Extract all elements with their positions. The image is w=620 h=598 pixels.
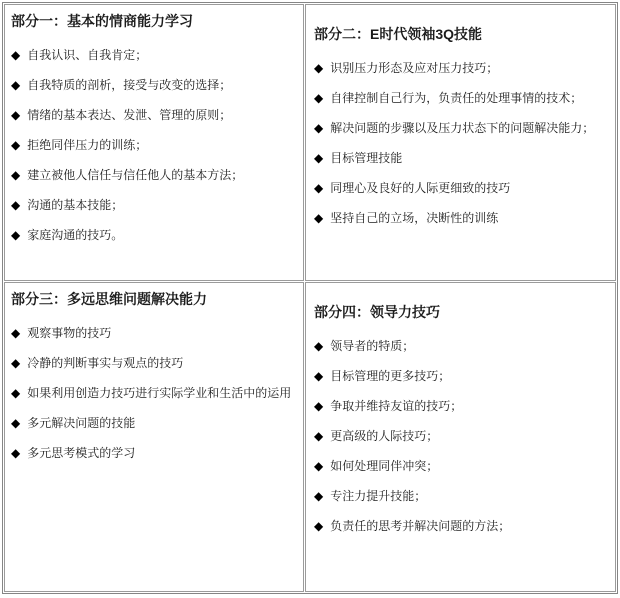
list-item: ◆观察事物的技巧: [11, 318, 293, 348]
cell-part3: 部分三：多远思维问题解决能力 ◆观察事物的技巧◆冷静的判断事实与观点的技巧◆如果…: [4, 282, 304, 592]
section-items-part3: ◆观察事物的技巧◆冷静的判断事实与观点的技巧◆如果利用创造力技巧进行实际学业和生…: [11, 318, 293, 468]
bullet-diamond-icon: ◆: [11, 198, 20, 212]
list-item: ◆争取并维持友谊的技巧；: [314, 391, 611, 421]
list-item-text: 解决问题的步骤以及压力状态下的问题解决能力；: [330, 121, 594, 135]
bullet-diamond-icon: ◆: [11, 446, 20, 460]
list-item: ◆情绪的基本表达、发泄、管理的原则；: [11, 100, 293, 130]
list-item-text: 目标管理技能: [330, 151, 402, 165]
list-item: ◆坚持自己的立场，决断性的训练: [314, 203, 611, 233]
section-title-part4: 部分四：领导力技巧: [314, 301, 611, 323]
section-items-part2: ◆识别压力形态及应对压力技巧；◆自律控制自己行为，负责任的处理事情的技术；◆解决…: [314, 53, 611, 233]
list-item-text: 识别压力形态及应对压力技巧；: [330, 61, 498, 75]
list-item: ◆家庭沟通的技巧。: [11, 220, 293, 250]
list-item: ◆自我特质的剖析，接受与改变的选择；: [11, 70, 293, 100]
list-item-text: 坚持自己的立场，决断性的训练: [330, 211, 498, 225]
list-item-text: 情绪的基本表达、发泄、管理的原则；: [27, 108, 231, 122]
list-item-text: 目标管理的更多技巧；: [330, 369, 450, 383]
page-canvas: 部分一：基本的情商能力学习 ◆自我认识、自我肯定；◆自我特质的剖析，接受与改变的…: [0, 0, 620, 598]
bullet-diamond-icon: ◆: [314, 459, 323, 473]
bullet-diamond-icon: ◆: [11, 48, 20, 62]
bullet-diamond-icon: ◆: [11, 228, 20, 242]
list-item: ◆更高级的人际技巧；: [314, 421, 611, 451]
bullet-diamond-icon: ◆: [314, 519, 323, 533]
section-title-part1: 部分一：基本的情商能力学习: [11, 10, 293, 32]
list-item-text: 多元解决问题的技能: [27, 416, 135, 430]
list-item-text: 建立被他人信任与信任他人的基本方法；: [27, 168, 243, 182]
bullet-diamond-icon: ◆: [314, 181, 323, 195]
list-item-text: 家庭沟通的技巧。: [27, 228, 123, 242]
list-item-text: 同理心及良好的人际更细致的技巧: [330, 181, 510, 195]
list-item-text: 自我认识、自我肯定；: [27, 48, 147, 62]
bullet-diamond-icon: ◆: [11, 356, 20, 370]
bullet-diamond-icon: ◆: [314, 211, 323, 225]
table-row: 部分一：基本的情商能力学习 ◆自我认识、自我肯定；◆自我特质的剖析，接受与改变的…: [4, 4, 616, 281]
list-item: ◆专注力提升技能；: [314, 481, 611, 511]
list-item-text: 争取并维持友谊的技巧；: [330, 399, 462, 413]
list-item-text: 多元思考模式的学习: [27, 446, 135, 460]
section-items-part1: ◆自我认识、自我肯定；◆自我特质的剖析，接受与改变的选择；◆情绪的基本表达、发泄…: [11, 40, 293, 250]
bullet-diamond-icon: ◆: [314, 339, 323, 353]
list-item-text: 观察事物的技巧: [27, 326, 111, 340]
list-item-text: 沟通的基本技能；: [27, 198, 123, 212]
bullet-diamond-icon: ◆: [314, 429, 323, 443]
list-item: ◆自我认识、自我肯定；: [11, 40, 293, 70]
course-sections-table: 部分一：基本的情商能力学习 ◆自我认识、自我肯定；◆自我特质的剖析，接受与改变的…: [2, 2, 618, 594]
list-item-text: 冷静的判断事实与观点的技巧: [27, 356, 183, 370]
list-item: ◆拒绝同伴压力的训练；: [11, 130, 293, 160]
section-title-part2: 部分二：E时代领袖3Q技能: [314, 23, 611, 45]
list-item: ◆目标管理技能: [314, 143, 611, 173]
bullet-diamond-icon: ◆: [314, 399, 323, 413]
list-item: ◆多元解决问题的技能: [11, 408, 293, 438]
list-item-text: 如何处理同伴冲突；: [330, 459, 438, 473]
list-item: ◆负责任的思考并解决问题的方法；: [314, 511, 611, 541]
list-item-text: 更高级的人际技巧；: [330, 429, 438, 443]
list-item: ◆目标管理的更多技巧；: [314, 361, 611, 391]
list-item: ◆多元思考模式的学习: [11, 438, 293, 468]
bullet-diamond-icon: ◆: [314, 61, 323, 75]
list-item-text: 专注力提升技能；: [330, 489, 426, 503]
bullet-diamond-icon: ◆: [314, 151, 323, 165]
list-item-text: 负责任的思考并解决问题的方法；: [330, 519, 510, 533]
cell-part2: 部分二：E时代领袖3Q技能 ◆识别压力形态及应对压力技巧；◆自律控制自己行为，负…: [305, 4, 616, 281]
bullet-diamond-icon: ◆: [11, 108, 20, 122]
section-items-part4: ◆领导者的特质；◆目标管理的更多技巧；◆争取并维持友谊的技巧；◆更高级的人际技巧…: [314, 331, 611, 541]
bullet-diamond-icon: ◆: [11, 416, 20, 430]
list-item: ◆解决问题的步骤以及压力状态下的问题解决能力；: [314, 113, 611, 143]
list-item: ◆领导者的特质；: [314, 331, 611, 361]
list-item-text: 领导者的特质；: [330, 339, 414, 353]
list-item-text: 如果利用创造力技巧进行实际学业和生活中的运用: [27, 386, 291, 400]
list-item: ◆建立被他人信任与信任他人的基本方法；: [11, 160, 293, 190]
bullet-diamond-icon: ◆: [314, 369, 323, 383]
list-item-text: 自律控制自己行为，负责任的处理事情的技术；: [330, 91, 582, 105]
list-item: ◆沟通的基本技能；: [11, 190, 293, 220]
bullet-diamond-icon: ◆: [11, 138, 20, 152]
list-item: ◆识别压力形态及应对压力技巧；: [314, 53, 611, 83]
list-item-text: 自我特质的剖析，接受与改变的选择；: [27, 78, 231, 92]
bullet-diamond-icon: ◆: [11, 78, 20, 92]
cell-part1: 部分一：基本的情商能力学习 ◆自我认识、自我肯定；◆自我特质的剖析，接受与改变的…: [4, 4, 304, 281]
section-title-part3: 部分三：多远思维问题解决能力: [11, 288, 293, 310]
bullet-diamond-icon: ◆: [11, 168, 20, 182]
bullet-diamond-icon: ◆: [11, 326, 20, 340]
cell-part4: 部分四：领导力技巧 ◆领导者的特质；◆目标管理的更多技巧；◆争取并维持友谊的技巧…: [305, 282, 616, 592]
bullet-diamond-icon: ◆: [314, 121, 323, 135]
bullet-diamond-icon: ◆: [11, 386, 20, 400]
table-row: 部分三：多远思维问题解决能力 ◆观察事物的技巧◆冷静的判断事实与观点的技巧◆如果…: [4, 282, 616, 592]
list-item: ◆冷静的判断事实与观点的技巧: [11, 348, 293, 378]
list-item-text: 拒绝同伴压力的训练；: [27, 138, 147, 152]
list-item: ◆自律控制自己行为，负责任的处理事情的技术；: [314, 83, 611, 113]
bullet-diamond-icon: ◆: [314, 91, 323, 105]
list-item: ◆如何处理同伴冲突；: [314, 451, 611, 481]
bullet-diamond-icon: ◆: [314, 489, 323, 503]
list-item: ◆同理心及良好的人际更细致的技巧: [314, 173, 611, 203]
list-item: ◆如果利用创造力技巧进行实际学业和生活中的运用: [11, 378, 293, 408]
